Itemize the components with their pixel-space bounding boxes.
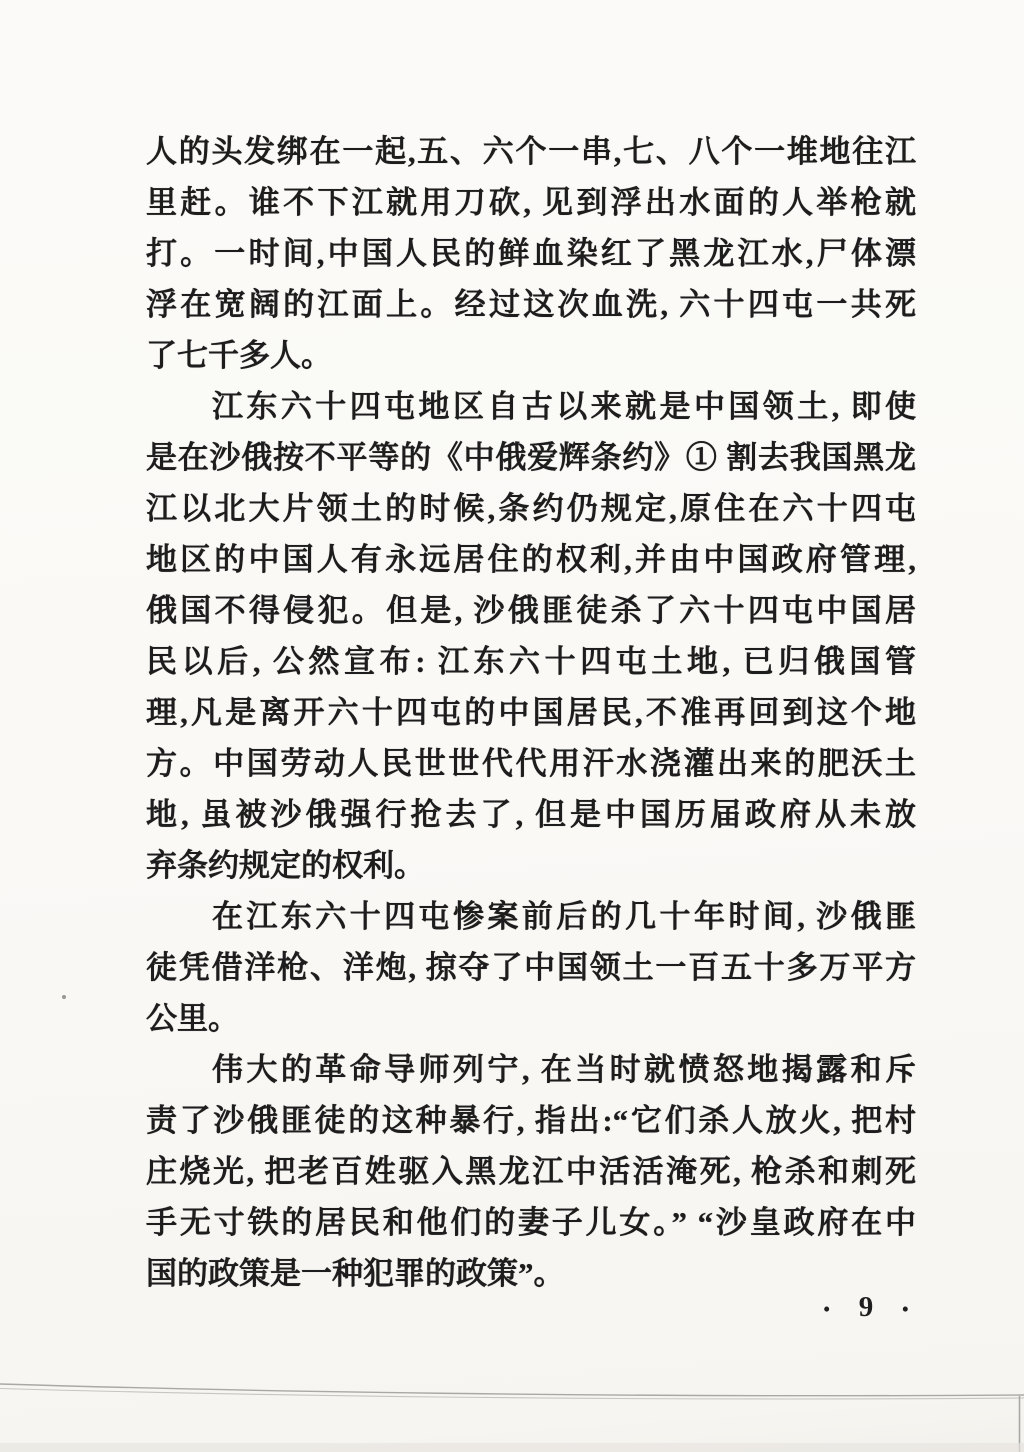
page-number-left-dot: • — [823, 1299, 830, 1320]
text-line: 俄国不得侵犯。但是, 沙俄匪徒杀了六十四屯中国居 — [146, 585, 916, 636]
text-line: 国的政策是一种犯罪的政策”。 — [146, 1248, 916, 1299]
text-line: 了七千多人。 — [146, 330, 916, 381]
scan-speck — [62, 995, 66, 999]
text-line: 公里。 — [146, 993, 916, 1044]
text-line: 责了沙俄匪徒的这种暴行, 指出:“它们杀人放火, 把村 — [146, 1095, 916, 1146]
text-line: 是在沙俄按不平等的《中俄爱辉条约》① 割去我国黑龙 — [146, 432, 916, 483]
text-line: 民以后, 公然宣布: 江东六十四屯土地, 已归俄国管 — [146, 636, 916, 687]
text-line: 理,凡是离开六十四屯的中国居民,不准再回到这个地 — [146, 687, 916, 738]
text-line: 手无寸铁的居民和他们的妻子儿女。” “沙皇政府在中 — [146, 1197, 916, 1248]
text-line: 里赶。谁不下江就用刀砍, 见到浮出水面的人举枪就 — [146, 177, 916, 228]
page-number-value: 9 — [859, 1293, 874, 1322]
text-line: 地区的中国人有永远居住的权利,并由中国政府管理, — [146, 534, 916, 585]
page-number-right-dot: • — [902, 1299, 909, 1320]
text-line: 打。一时间,中国人民的鲜血染红了黑龙江水,尸体漂 — [146, 228, 916, 279]
text-line: 方。中国劳动人民世世代代用汗水浇灌出来的肥沃土 — [146, 738, 916, 789]
text-line: 徒凭借洋枪、洋炮, 掠夺了中国领土一百五十多万平方 — [146, 942, 916, 993]
text-line: 伟大的革命导师列宁, 在当时就愤怒地揭露和斥 — [146, 1044, 916, 1095]
text-line: 江以北大片领土的时候,条约仍规定,原住在六十四屯 — [146, 483, 916, 534]
scanned-book-page: 人的头发绑在一起,五、六个一串,七、八个一堆地往江里赶。谁不下江就用刀砍, 见到… — [0, 0, 1024, 1452]
page-bottom-edge — [0, 1380, 1024, 1452]
text-line: 人的头发绑在一起,五、六个一串,七、八个一堆地往江 — [146, 126, 916, 177]
text-line: 庄烧光, 把老百姓驱入黑龙江中活活淹死, 枪杀和刺死 — [146, 1146, 916, 1197]
text-line: 浮在宽阔的江面上。经过这次血洗, 六十四屯一共死 — [146, 279, 916, 330]
text-line: 在江东六十四屯惨案前后的几十年时间, 沙俄匪 — [146, 891, 916, 942]
text-line: 江东六十四屯地区自古以来就是中国领土, 即使 — [146, 381, 916, 432]
body-text-block: 人的头发绑在一起,五、六个一串,七、八个一堆地往江里赶。谁不下江就用刀砍, 见到… — [146, 126, 916, 1299]
page-number: • 9 • — [823, 1292, 909, 1326]
text-line: 弃条约规定的权利。 — [146, 840, 916, 891]
text-line: 地, 虽被沙俄强行抢去了, 但是中国历届政府从未放 — [146, 789, 916, 840]
